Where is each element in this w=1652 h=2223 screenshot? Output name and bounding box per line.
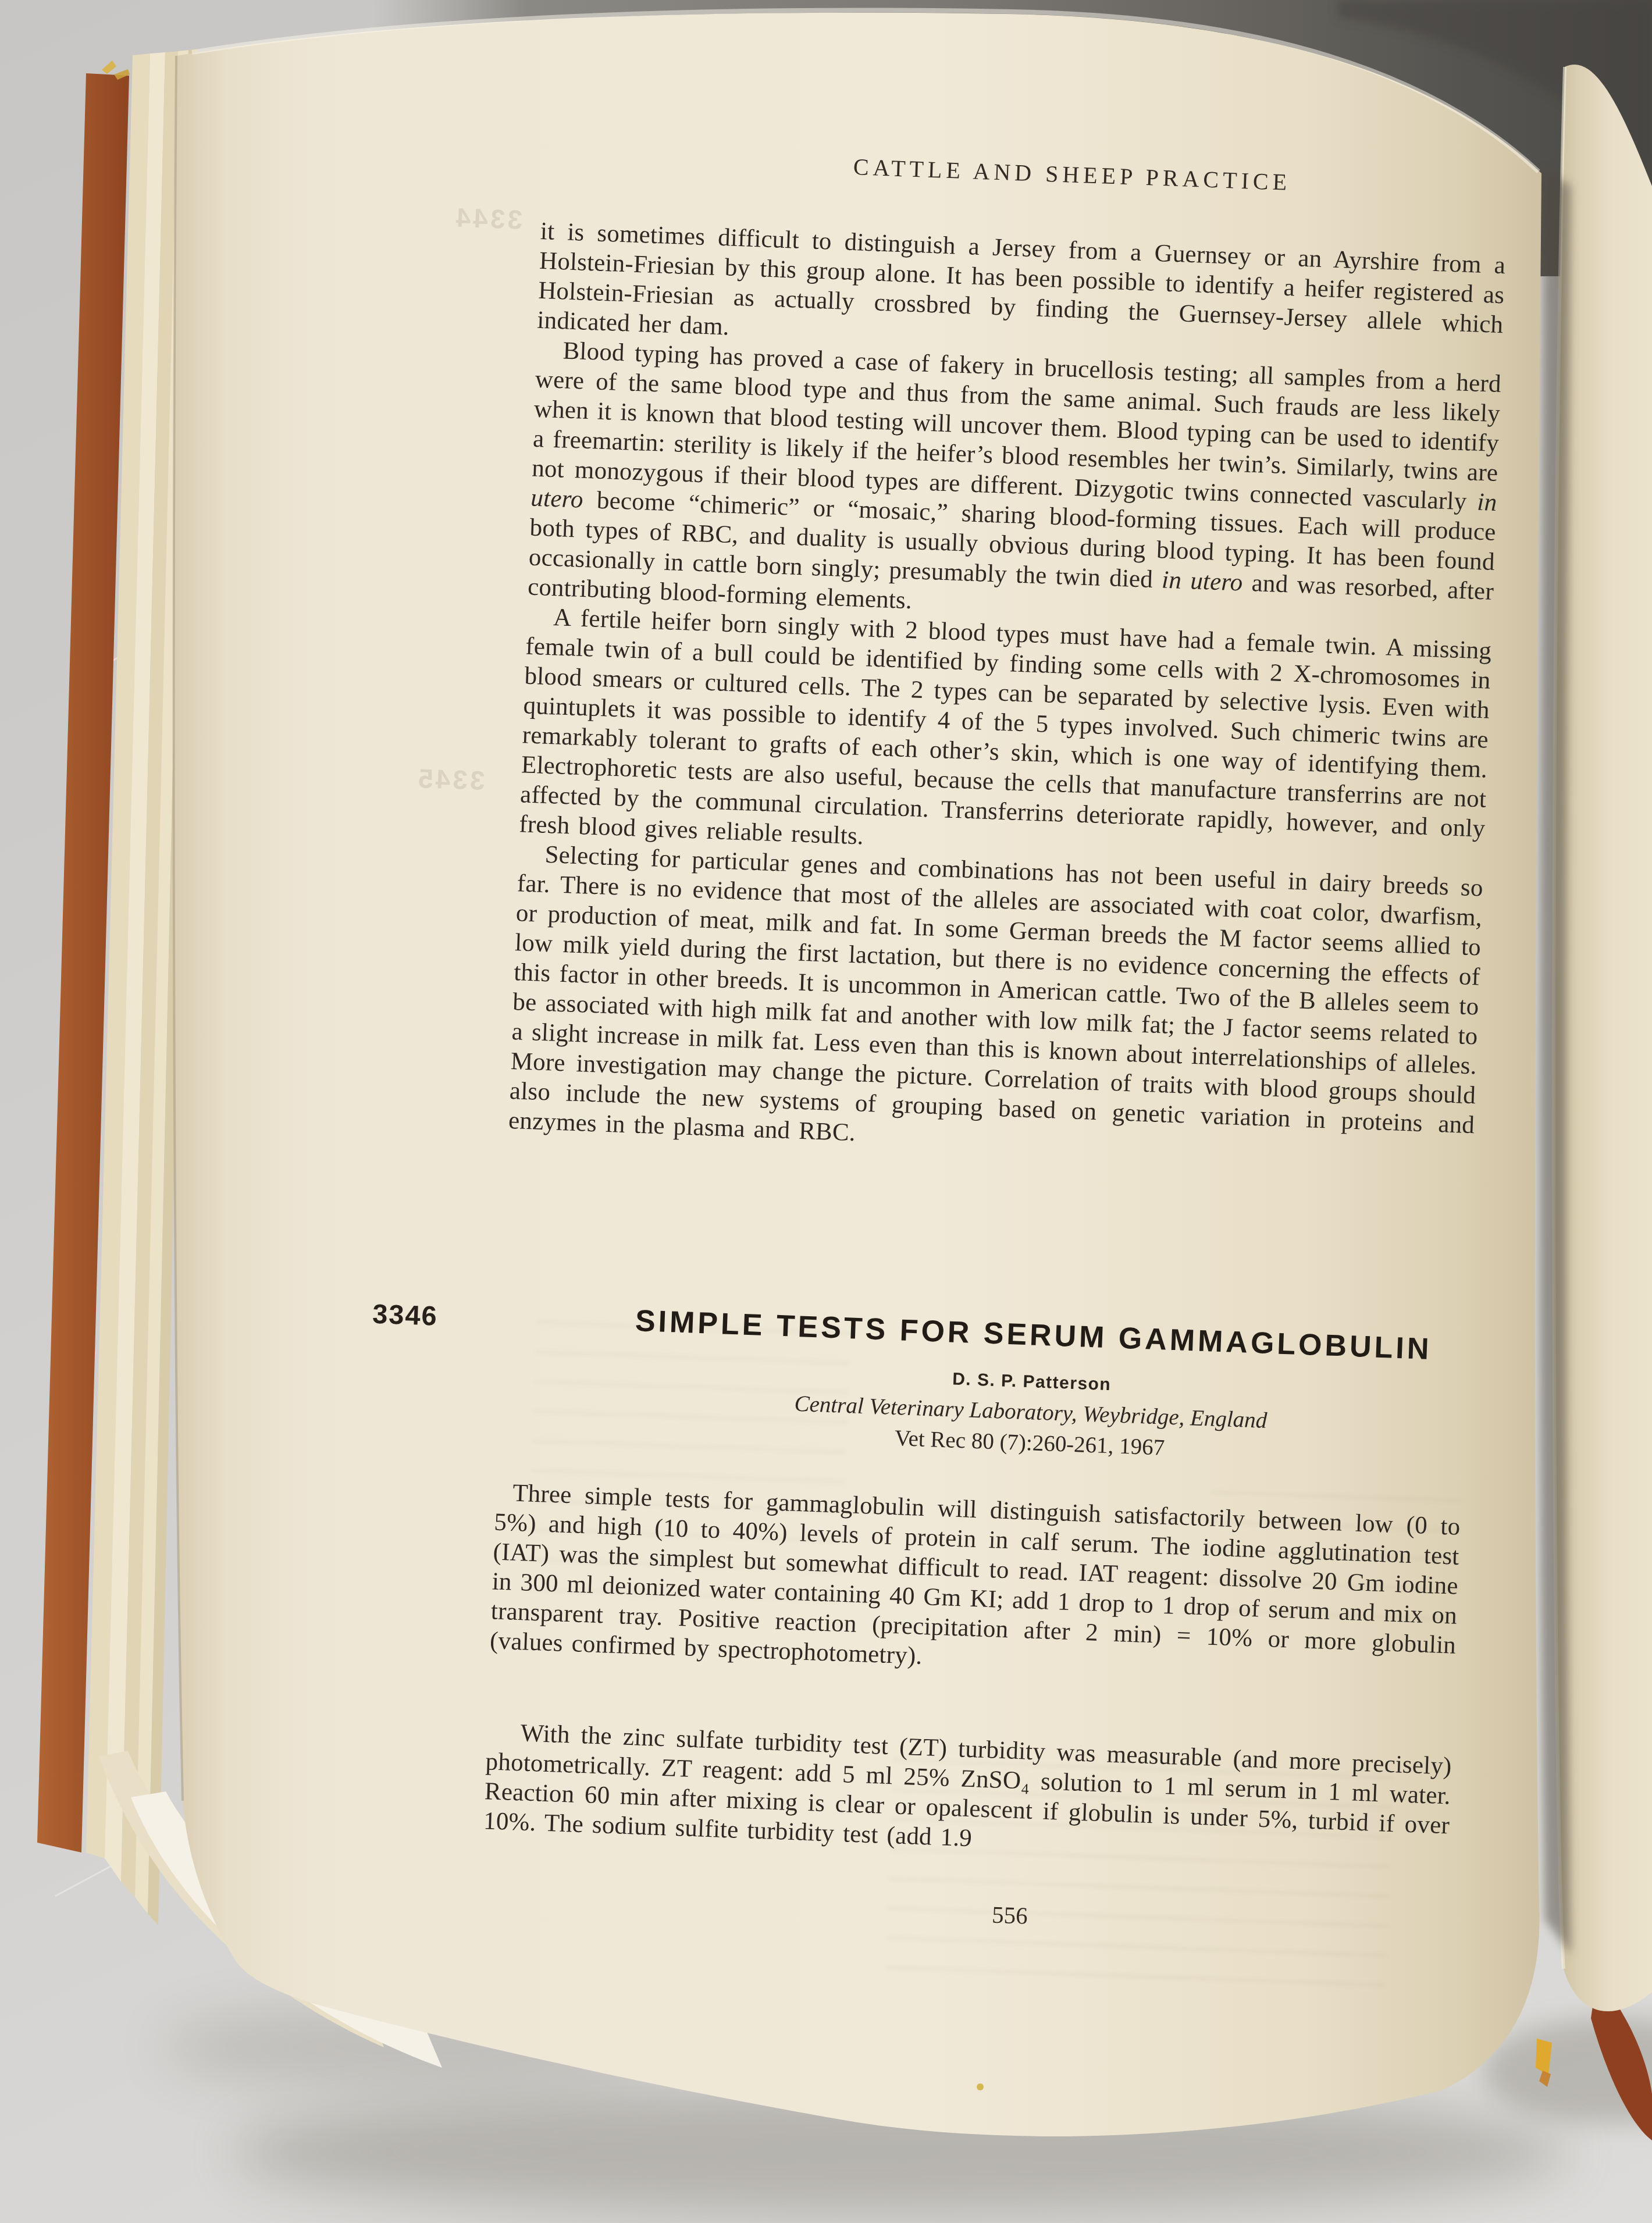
text-run: it is sometimes difficult to distinguish…	[537, 218, 1506, 341]
show-through-number: 3345	[415, 763, 485, 796]
body-block-lower: With the zinc sulfate turbidity test (ZT…	[483, 1717, 1452, 1870]
text-run: Selecting for particular genes and combi…	[508, 841, 1483, 1146]
book-photo: 3344 3345 CATTLE AND SHEEP PRACTICE it i…	[0, 0, 1652, 2223]
gutter-shadow	[1540, 169, 1571, 1954]
paragraph-p2: Blood typing has proved a case of fakery…	[527, 335, 1501, 636]
body-block-middle: Three simple tests for gammaglobulin wil…	[489, 1478, 1461, 1690]
text-run: With the zinc sulfate turbidity test (ZT…	[483, 1719, 1452, 1852]
paragraph-p6: With the zinc sulfate turbidity test (ZT…	[483, 1717, 1452, 1870]
text-run: Three simple tests for gammaglobulin wil…	[489, 1480, 1461, 1670]
paragraph-p4: Selecting for particular genes and combi…	[508, 839, 1483, 1170]
paragraph-p5: Three simple tests for gammaglobulin wil…	[489, 1478, 1461, 1690]
page-text-layer: 3344 3345 CATTLE AND SHEEP PRACTICE it i…	[478, 134, 1509, 1999]
body-block-upper: it is sometimes difficult to distinguish…	[508, 216, 1505, 1170]
entry-number: 3346	[372, 1298, 438, 1332]
yellow-speck	[977, 2083, 984, 2090]
frayed-thread	[102, 60, 116, 74]
show-through-number: 3344	[453, 202, 523, 236]
entry-title: SIMPLE TESTS FOR SERUM GAMMAGLOBULIN	[550, 1301, 1516, 1370]
italic-text: in utero	[1161, 567, 1243, 597]
text-run: A fertile heifer born singly with 2 bloo…	[519, 604, 1492, 850]
paragraph-p3: A fertile heifer born singly with 2 bloo…	[519, 601, 1493, 873]
